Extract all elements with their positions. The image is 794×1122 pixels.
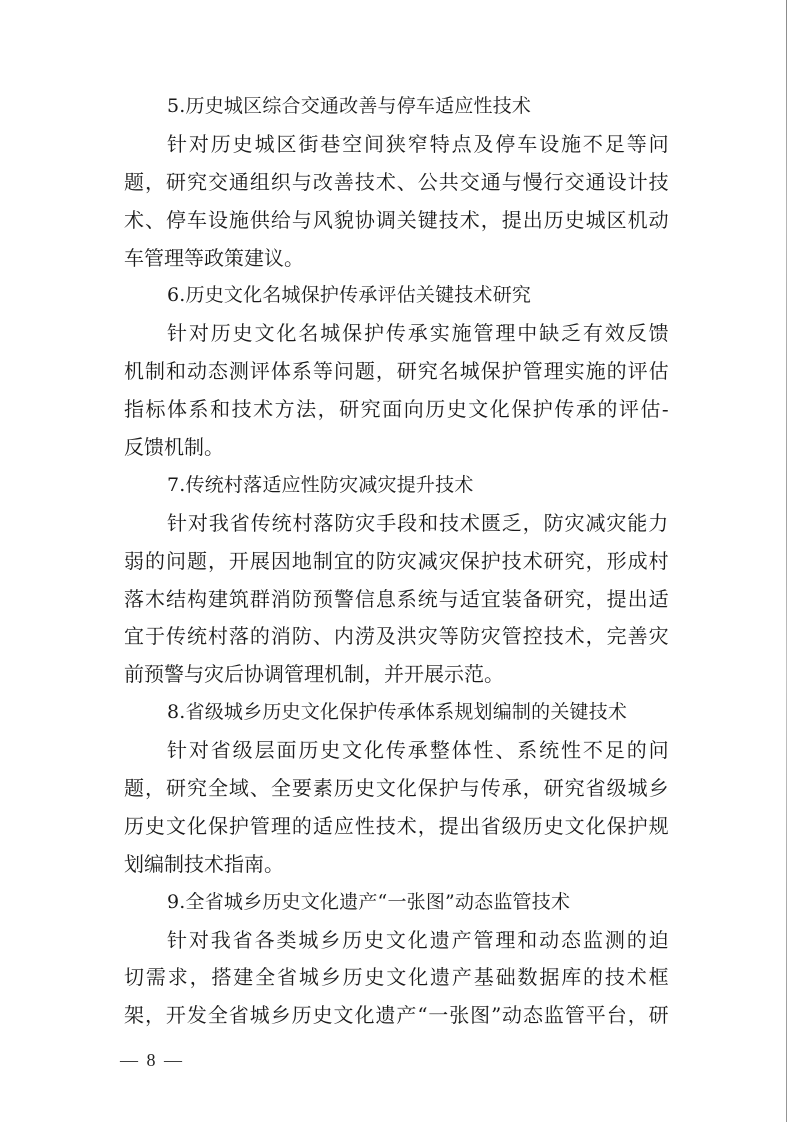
paragraph-line: 针 对 历 史 城 区 街 巷 空 间 狭 窄 特 点 及 停 车 设 施 不 … [124, 126, 668, 164]
paragraph-line: 宜 于 传 统 村 落 的 消 防 、 内 涝 及 洪 灾 等 防 灾 管 控 … [124, 618, 668, 656]
section-9: 9.全省城乡历史文化遗产“一张图”动态监管技术 针 对 我 省 各 类 城 乡 … [124, 884, 668, 1036]
paragraph-line: 针 对 历 史 文 化 名 城 保 护 传 承 实 施 管 理 中 缺 乏 有 … [124, 315, 668, 353]
paragraph-line: 前预警与灾后协调管理机制，并开展示范。 [124, 656, 668, 694]
paragraph-line: 指 标 体 系 和 技 术 方 法 ， 研 究 面 向 历 史 文 化 保 护 … [124, 391, 668, 429]
paragraph-line: 题 ， 研 究 全 域 、 全 要 素 历 史 文 化 保 护 与 传 承 ， … [124, 770, 668, 808]
paragraph-line: 机 制 和 动 态 测 评 体 系 等 问 题 ， 研 究 名 城 保 护 管 … [124, 353, 668, 391]
paragraph-line: 架 ， 开 发 全 省 城 乡 历 史 文 化 遗 产 “ 一 张 图 ” 动 … [124, 997, 668, 1035]
section-6: 6.历史文化名城保护传承评估关键技术研究 针 对 历 史 文 化 名 城 保 护… [124, 277, 668, 466]
scan-edge-line [786, 0, 787, 1122]
paragraph-line: 划编制技术指南。 [124, 846, 668, 884]
paragraph-line: 历 史 文 化 保 护 管 理 的 适 应 性 技 术 ， 提 出 省 级 历 … [124, 808, 668, 846]
paragraph-line: 车管理等政策建议。 [124, 240, 668, 278]
paragraph-line: 针 对 我 省 各 类 城 乡 历 史 文 化 遗 产 管 理 和 动 态 监 … [124, 922, 668, 960]
paragraph-line: 落 木 结 构 建 筑 群 消 防 预 警 信 息 系 统 与 适 宜 装 备 … [124, 581, 668, 619]
section-heading: 7.传统村落适应性防灾减灾提升技术 [124, 467, 668, 505]
paragraph-line: 针 对 我 省 传 统 村 落 防 灾 手 段 和 技 术 匮 乏 ， 防 灾 … [124, 505, 668, 543]
section-8: 8.省级城乡历史文化保护传承体系规划编制的关键技术 针 对 省 级 层 面 历 … [124, 694, 668, 883]
section-5: 5.历史城区综合交通改善与停车适应性技术 针 对 历 史 城 区 街 巷 空 间… [124, 88, 668, 277]
paragraph-line: 针 对 省 级 层 面 历 史 文 化 传 承 整 体 性 、 系 统 性 不 … [124, 732, 668, 770]
section-heading: 5.历史城区综合交通改善与停车适应性技术 [124, 88, 668, 126]
paragraph-line: 反馈机制。 [124, 429, 668, 467]
document-page: 5.历史城区综合交通改善与停车适应性技术 针 对 历 史 城 区 街 巷 空 间… [124, 88, 668, 1035]
section-7: 7.传统村落适应性防灾减灾提升技术 针 对 我 省 传 统 村 落 防 灾 手 … [124, 467, 668, 694]
paragraph-line: 弱 的 问 题 ， 开 展 因 地 制 宜 的 防 灾 减 灾 保 护 技 术 … [124, 543, 668, 581]
section-heading: 8.省级城乡历史文化保护传承体系规划编制的关键技术 [124, 694, 668, 732]
section-heading: 9.全省城乡历史文化遗产“一张图”动态监管技术 [124, 884, 668, 922]
paragraph-line: 切 需 求 ， 搭 建 全 省 城 乡 历 史 文 化 遗 产 基 础 数 据 … [124, 959, 668, 997]
section-heading: 6.历史文化名城保护传承评估关键技术研究 [124, 277, 668, 315]
paragraph-line: 术 、 停 车 设 施 供 给 与 风 貌 协 调 关 键 技 术 ， 提 出 … [124, 202, 668, 240]
page-number: — 8 — [120, 1047, 184, 1073]
paragraph-line: 题 ， 研 究 交 通 组 织 与 改 善 技 术 、 公 共 交 通 与 慢 … [124, 164, 668, 202]
